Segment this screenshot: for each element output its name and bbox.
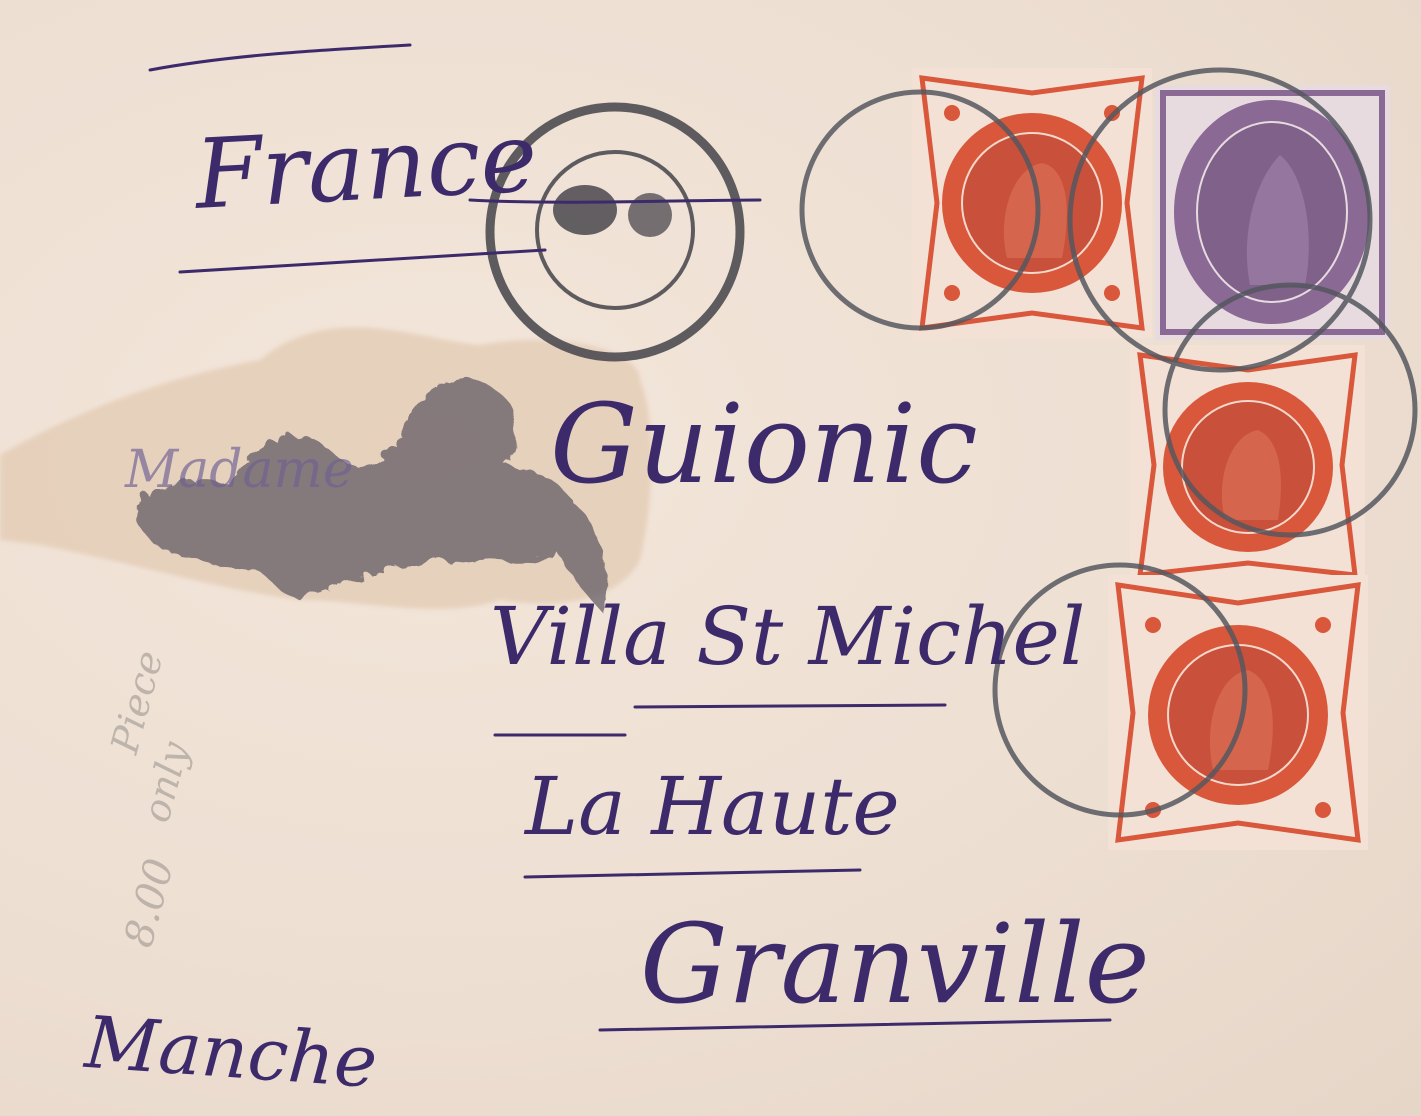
stamp-halfpenny-middle [1130, 345, 1365, 585]
handwritten-address-line2: La Haute [525, 760, 900, 853]
handwritten-address-line1: Villa St Michel [490, 590, 1085, 683]
handwritten-city: Granville [640, 900, 1150, 1028]
handwritten-recipient-prefix: Madame [125, 440, 354, 500]
handwritten-recipient-name: Guionic [550, 380, 978, 508]
handwritten-country: France [192, 101, 540, 231]
envelope-photo: France Madame Guionic Villa St Michel La… [0, 0, 1421, 1116]
stamp-halfpenny-bottom [1108, 575, 1368, 850]
